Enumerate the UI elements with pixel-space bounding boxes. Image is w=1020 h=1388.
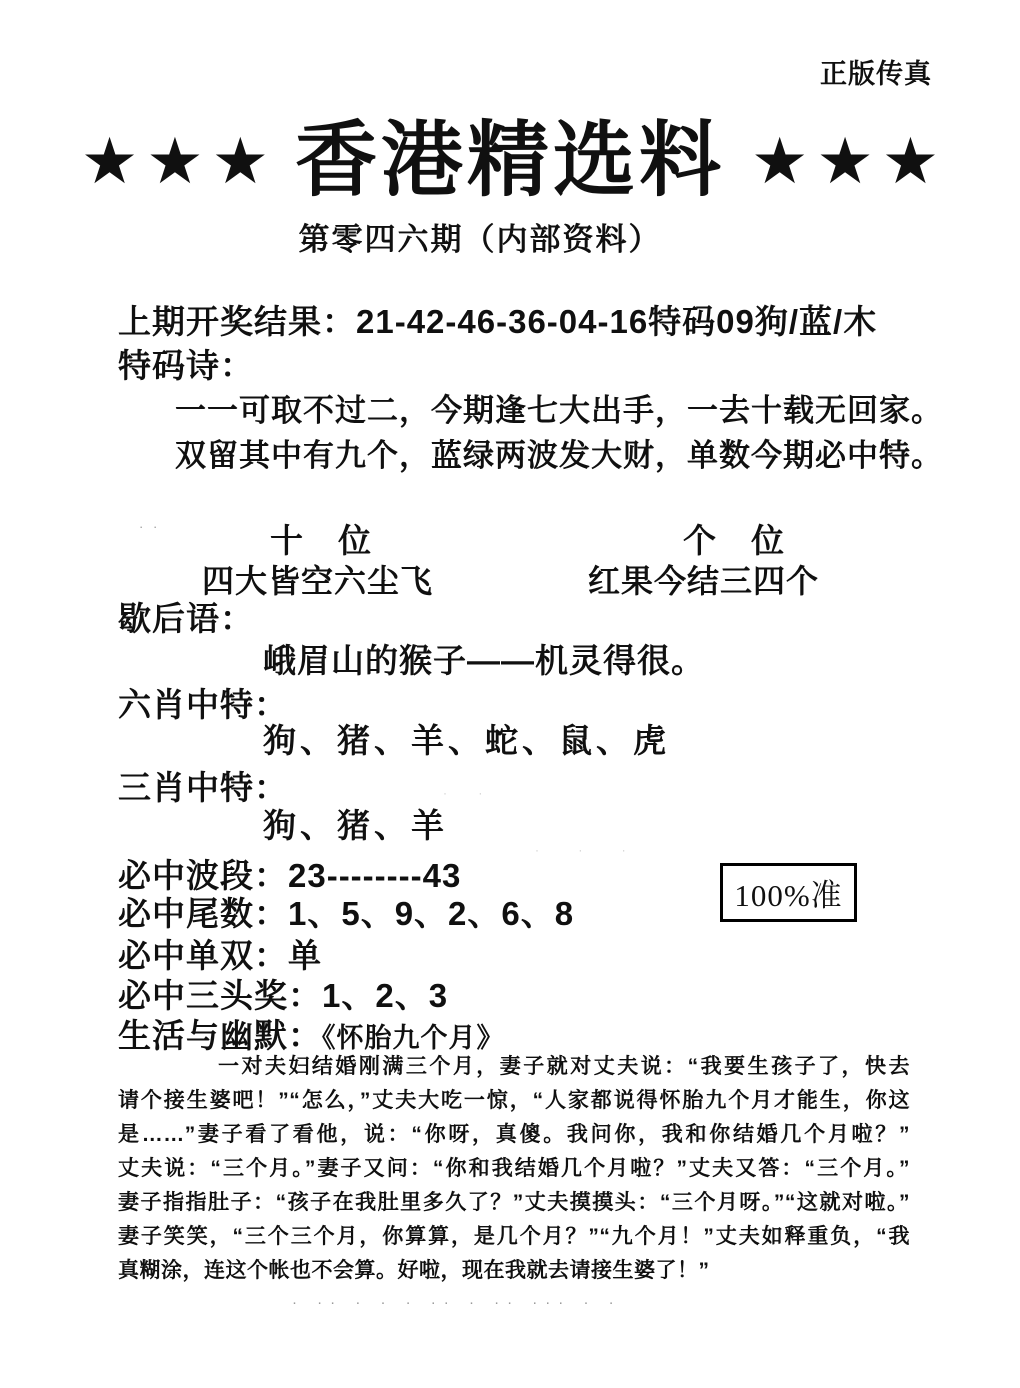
- fax-noise: · ·· · · · ·· · ·· ··· · ·: [292, 1294, 622, 1311]
- wave-range-value: 23--------43: [288, 857, 461, 894]
- xiehouyu-label: 歇后语：: [118, 601, 254, 637]
- story-line: 真糊涂，连这个帐也不会算。好啦，现在我就去请接生婆了！”: [118, 1254, 910, 1284]
- star-icon: ★: [146, 129, 203, 193]
- story-line: 妻子笑笑，“三个三个月，你算算，是几个月？”“九个月！”丈夫如释重负，“我: [118, 1220, 910, 1250]
- six-zodiac-value: 狗、猪、羊、蛇、鼠、虎: [263, 723, 670, 759]
- three-zodiac-label: 三肖中特：: [118, 770, 288, 806]
- stars-right: ★ ★ ★: [751, 129, 939, 193]
- poem-label: 特码诗：: [118, 348, 254, 384]
- star-icon: ★: [81, 129, 138, 193]
- story-line: 一对夫妇结婚刚满三个月，妻子就对丈夫说：“我要生孩子了，快去: [218, 1050, 910, 1080]
- fax-page: 正版传真 ★ ★ ★ 香港精选料 ★ ★ ★ 第零四六期（内部资料） 上期开奖结…: [0, 0, 1020, 1388]
- story-line: 妻子指指肚子：“孩子在我肚里多久了？”丈夫摸摸头：“三个月呀。”“这就对啦。”: [118, 1186, 910, 1216]
- star-icon: ★: [882, 129, 939, 193]
- odd-even-label: 必中单双：: [118, 937, 288, 974]
- odd-even-line: 必中单双：单: [118, 938, 322, 974]
- fax-noise: · · ·: [535, 843, 644, 857]
- wave-range-line: 必中波段：23--------43: [118, 858, 461, 894]
- star-icon: ★: [816, 129, 873, 193]
- poem-line-1: 一一可取不过二，今期逢七大出手，一去十载无回家。: [175, 394, 943, 428]
- three-heads-line: 必中三头奖：1、2、3: [118, 978, 448, 1014]
- tail-numbers-line: 必中尾数：1、5、9、2、6、8: [118, 896, 574, 932]
- corner-label: 正版传真: [820, 52, 932, 91]
- three-heads-label: 必中三头奖：: [118, 977, 322, 1014]
- fax-noise: · ·: [443, 786, 496, 800]
- story-line: 丈夫说：“三个月。”妻子又问：“你和我结婚几个月啦？”丈夫又答：“三个月。”: [118, 1152, 910, 1182]
- poem-line-2: 双留其中有九个，蓝绿两波发大财，单数今期必中特。: [175, 439, 943, 473]
- ones-clue: 红果今结三四个: [588, 556, 819, 602]
- tens-clue: 四大皆空六尘飞: [202, 556, 433, 602]
- tens-header: 十 位: [270, 515, 372, 562]
- tail-numbers-label: 必中尾数：: [118, 895, 288, 932]
- odd-even-value: 单: [288, 937, 322, 974]
- six-zodiac-label: 六肖中特：: [118, 687, 288, 723]
- last-result-line: 上期开奖结果：21-42-46-36-04-16特码09狗/蓝/木: [118, 304, 877, 340]
- wave-range-label: 必中波段：: [118, 857, 288, 894]
- stars-left: ★ ★ ★: [81, 129, 269, 193]
- tail-numbers-value: 1、5、9、2、6、8: [288, 895, 574, 932]
- story-line: 请个接生婆吧！”“怎么，”丈夫大吃一惊，“人家都说得怀胎九个月才能生，你这: [118, 1084, 910, 1114]
- star-icon: ★: [212, 129, 269, 193]
- star-icon: ★: [751, 129, 808, 193]
- xiehouyu-text: 峨眉山的猴子——机灵得很。: [263, 643, 705, 679]
- fax-noise: · ·: [139, 519, 160, 534]
- three-heads-value: 1、2、3: [322, 977, 448, 1014]
- masthead: ★ ★ ★ 香港精选料 ★ ★ ★: [0, 96, 1020, 226]
- humor-line: 生活与幽默：《怀胎九个月》: [118, 1018, 505, 1054]
- story-line: 是……”妻子看了看他，说：“你呀，真傻。我问你，我和你结婚几个月啦？”: [118, 1118, 910, 1148]
- page-title: 香港精选料: [295, 120, 725, 202]
- humor-title: 《怀胎九个月》: [322, 1023, 505, 1053]
- accuracy-badge: 100%准: [720, 863, 857, 922]
- last-result-label: 上期开奖结果：: [118, 303, 356, 340]
- last-result-value: 21-42-46-36-04-16特码09狗/蓝/木: [356, 303, 877, 340]
- ones-header: 个 位: [683, 515, 785, 562]
- issue-line: 第零四六期（内部资料）: [0, 214, 960, 259]
- humor-label: 生活与幽默：: [118, 1017, 322, 1054]
- three-zodiac-value: 狗、猪、羊: [263, 808, 448, 844]
